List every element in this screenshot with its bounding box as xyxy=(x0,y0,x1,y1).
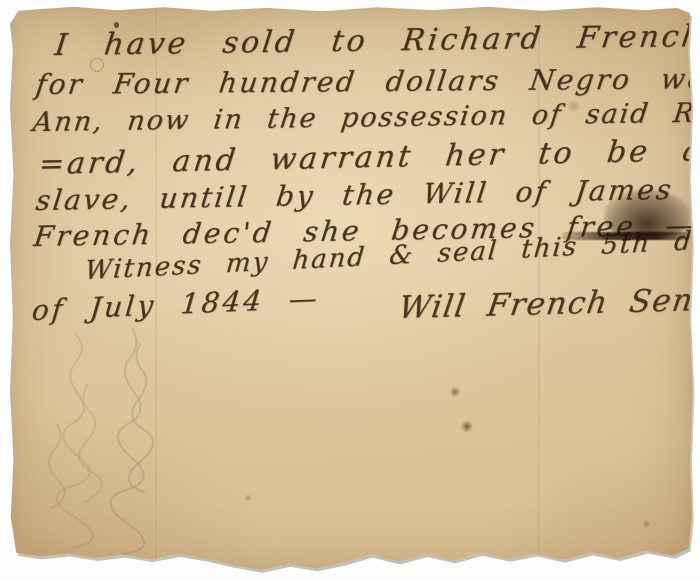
ink-smudge-streak xyxy=(562,232,690,240)
foxing-stain xyxy=(566,100,582,112)
foxing-stain xyxy=(642,520,651,528)
scan-background: I have sold to Richard French for Four h… xyxy=(0,0,700,580)
handwriting-line-2: for Four hundred dollars Negro woman xyxy=(34,62,700,101)
handwriting-line-8: of July 1844 — xyxy=(30,281,321,327)
handwriting-line-1: I have sold to Richard French xyxy=(53,19,700,63)
foxing-stain xyxy=(450,386,460,398)
foxing-stain xyxy=(244,494,252,502)
foxing-stain xyxy=(461,420,473,433)
signature: Will French Senr xyxy=(396,282,700,326)
handwriting-line-3: Ann, now in the possession of said Rich= xyxy=(31,97,700,138)
ink-smudge-blob xyxy=(604,190,690,238)
ink-fleck xyxy=(114,22,119,28)
stain-ring xyxy=(90,58,104,72)
bleedthrough-writing xyxy=(36,324,186,564)
paper-document: I have sold to Richard French for Four h… xyxy=(6,4,694,574)
